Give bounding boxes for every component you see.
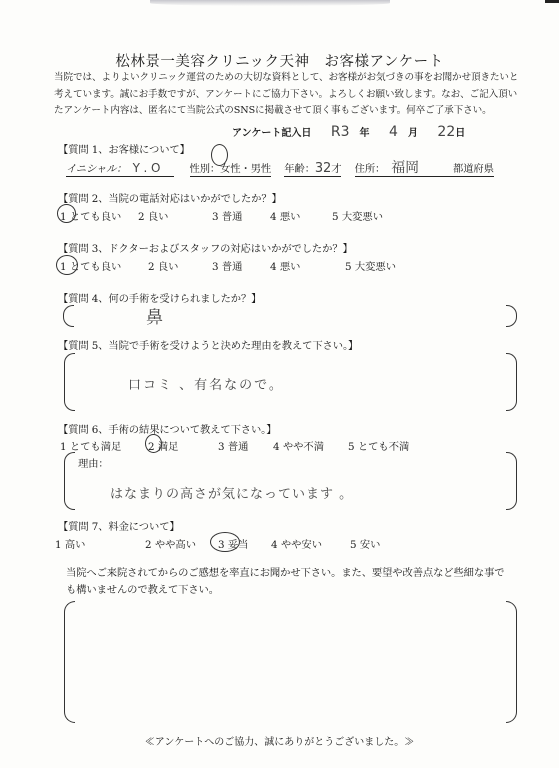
q7-options: 1 高い 2 やや高い 3 妥当 4 やや安い 5 安い — [0, 536, 559, 552]
q6-option-3[interactable]: 3 普通 — [218, 438, 248, 453]
q2-option-4[interactable]: 4 悪い — [270, 208, 300, 223]
q7-option-1[interactable]: 1 高い — [55, 536, 85, 551]
q2-options: 1 とても良い 2 良い 3 普通 4 悪い 5 大変悪い — [0, 208, 559, 224]
q4-answer[interactable]: 鼻 — [146, 303, 163, 328]
comments-answer[interactable] — [80, 610, 500, 715]
q6-option-4[interactable]: 4 やや不満 — [273, 438, 324, 453]
q6-reason-label: 理由： — [78, 455, 109, 470]
date-day-unit: 日 — [455, 128, 465, 139]
q6-option-5[interactable]: 5 とても不満 — [348, 438, 409, 453]
initial-field[interactable]: イニシャル：Y . O — [66, 163, 174, 177]
q7-heading: 【質問 7、料金について】 — [58, 518, 180, 533]
q7-option-5[interactable]: 5 安い — [350, 536, 380, 551]
date-month-value[interactable]: 4 — [389, 124, 398, 140]
q3-heading: 【質問 3、ドクターおよびスタッフの対応はいかがでしたか？】 — [58, 240, 353, 255]
age-value[interactable]: 32 — [315, 161, 331, 176]
q3-option-2[interactable]: 2 良い — [148, 258, 178, 273]
comments-bracket-right — [506, 601, 517, 723]
address-field[interactable]: 住所：福岡都道府県 — [355, 163, 494, 177]
gender-field[interactable]: 性別：女性・男性 — [190, 163, 272, 177]
q3-option-3[interactable]: 3 普通 — [212, 258, 242, 273]
selection-circle-q2 — [57, 204, 76, 223]
scan-corner-mark — [545, 0, 559, 3]
q6-bracket-right — [506, 452, 517, 510]
q6-options: 1 とても満足 2 満足 3 普通 4 やや不満 5 とても不満 — [0, 438, 559, 454]
q2-option-5[interactable]: 5 大変悪い — [332, 208, 383, 223]
document-title: 松林景一美容クリニック天神 お客様アンケート — [0, 50, 559, 71]
q6-option-1[interactable]: 1 とても満足 — [60, 438, 121, 453]
gender-option-male[interactable]: 男性 — [251, 163, 271, 175]
age-field[interactable]: 年齢：32才 — [284, 163, 341, 177]
date-day-value[interactable]: 22 — [437, 124, 455, 140]
intro-paragraph: 当院では、よりよいクリニック運営のための大切な資料として、お客様がお気づきの事を… — [54, 70, 524, 120]
initial-value[interactable]: Y . O — [127, 161, 175, 175]
q3-option-5[interactable]: 5 大変悪い — [345, 258, 396, 273]
selection-circle-gender — [211, 144, 228, 166]
q5-bracket-right — [506, 353, 517, 411]
scan-artifact — [150, 0, 390, 6]
q5-answer[interactable]: 口コミ 、有名なので。 — [128, 374, 284, 393]
date-year-unit: 年 — [360, 128, 370, 139]
q1-heading: 【質問 1、お客様について】 — [58, 141, 190, 156]
selection-circle-q6 — [145, 434, 162, 453]
q7-option-4[interactable]: 4 やや安い — [271, 536, 322, 551]
selection-circle-q3 — [56, 255, 78, 275]
q7-option-2[interactable]: 2 やや高い — [145, 536, 196, 551]
address-value[interactable]: 福岡 — [385, 160, 453, 176]
selection-circle-q7 — [210, 532, 240, 552]
date-month-unit: 月 — [408, 128, 418, 139]
q2-option-2[interactable]: 2 良い — [138, 208, 168, 223]
q4-bracket-right — [506, 305, 517, 327]
comments-bracket-left — [64, 601, 75, 723]
q4-bracket-left — [63, 305, 74, 327]
q3-options: 1 とても良い 2 良い 3 普通 4 悪い 5 大変悪い — [0, 258, 559, 274]
date-label: アンケート記入日 — [232, 128, 311, 139]
q5-heading: 【質問 5、当院で手術を受けようと決めた理由を教えて下さい。】 — [58, 337, 358, 352]
q2-option-3[interactable]: 3 普通 — [212, 208, 242, 223]
comments-prompt: 当院へご来院されてからのご感想を率直にお聞かせ下さい。また、要望や改善点など些細… — [66, 565, 506, 599]
q6-reason-answer[interactable]: はなまりの高さが気になっています 。 — [110, 483, 353, 502]
q6-heading: 【質問 6、手術の結果について教えて下さい。】 — [58, 421, 276, 436]
q1-answers: イニシャル：Y . O 性別：女性・男性 年齢：32才 住所：福岡都道府県 — [66, 157, 494, 177]
q5-bracket-left — [64, 353, 75, 411]
q2-heading: 【質問 2、当院の電話対応はいかがでしたか？】 — [58, 190, 282, 205]
q3-option-4[interactable]: 4 悪い — [270, 258, 300, 273]
survey-date: アンケート記入日 R3年 4月 22日 — [232, 124, 465, 140]
footer-thanks: ≪アンケートへのご協力、誠にありがとうございました。≫ — [0, 733, 559, 748]
q6-bracket-left — [64, 452, 75, 510]
date-year-value[interactable]: R3 — [331, 124, 350, 140]
